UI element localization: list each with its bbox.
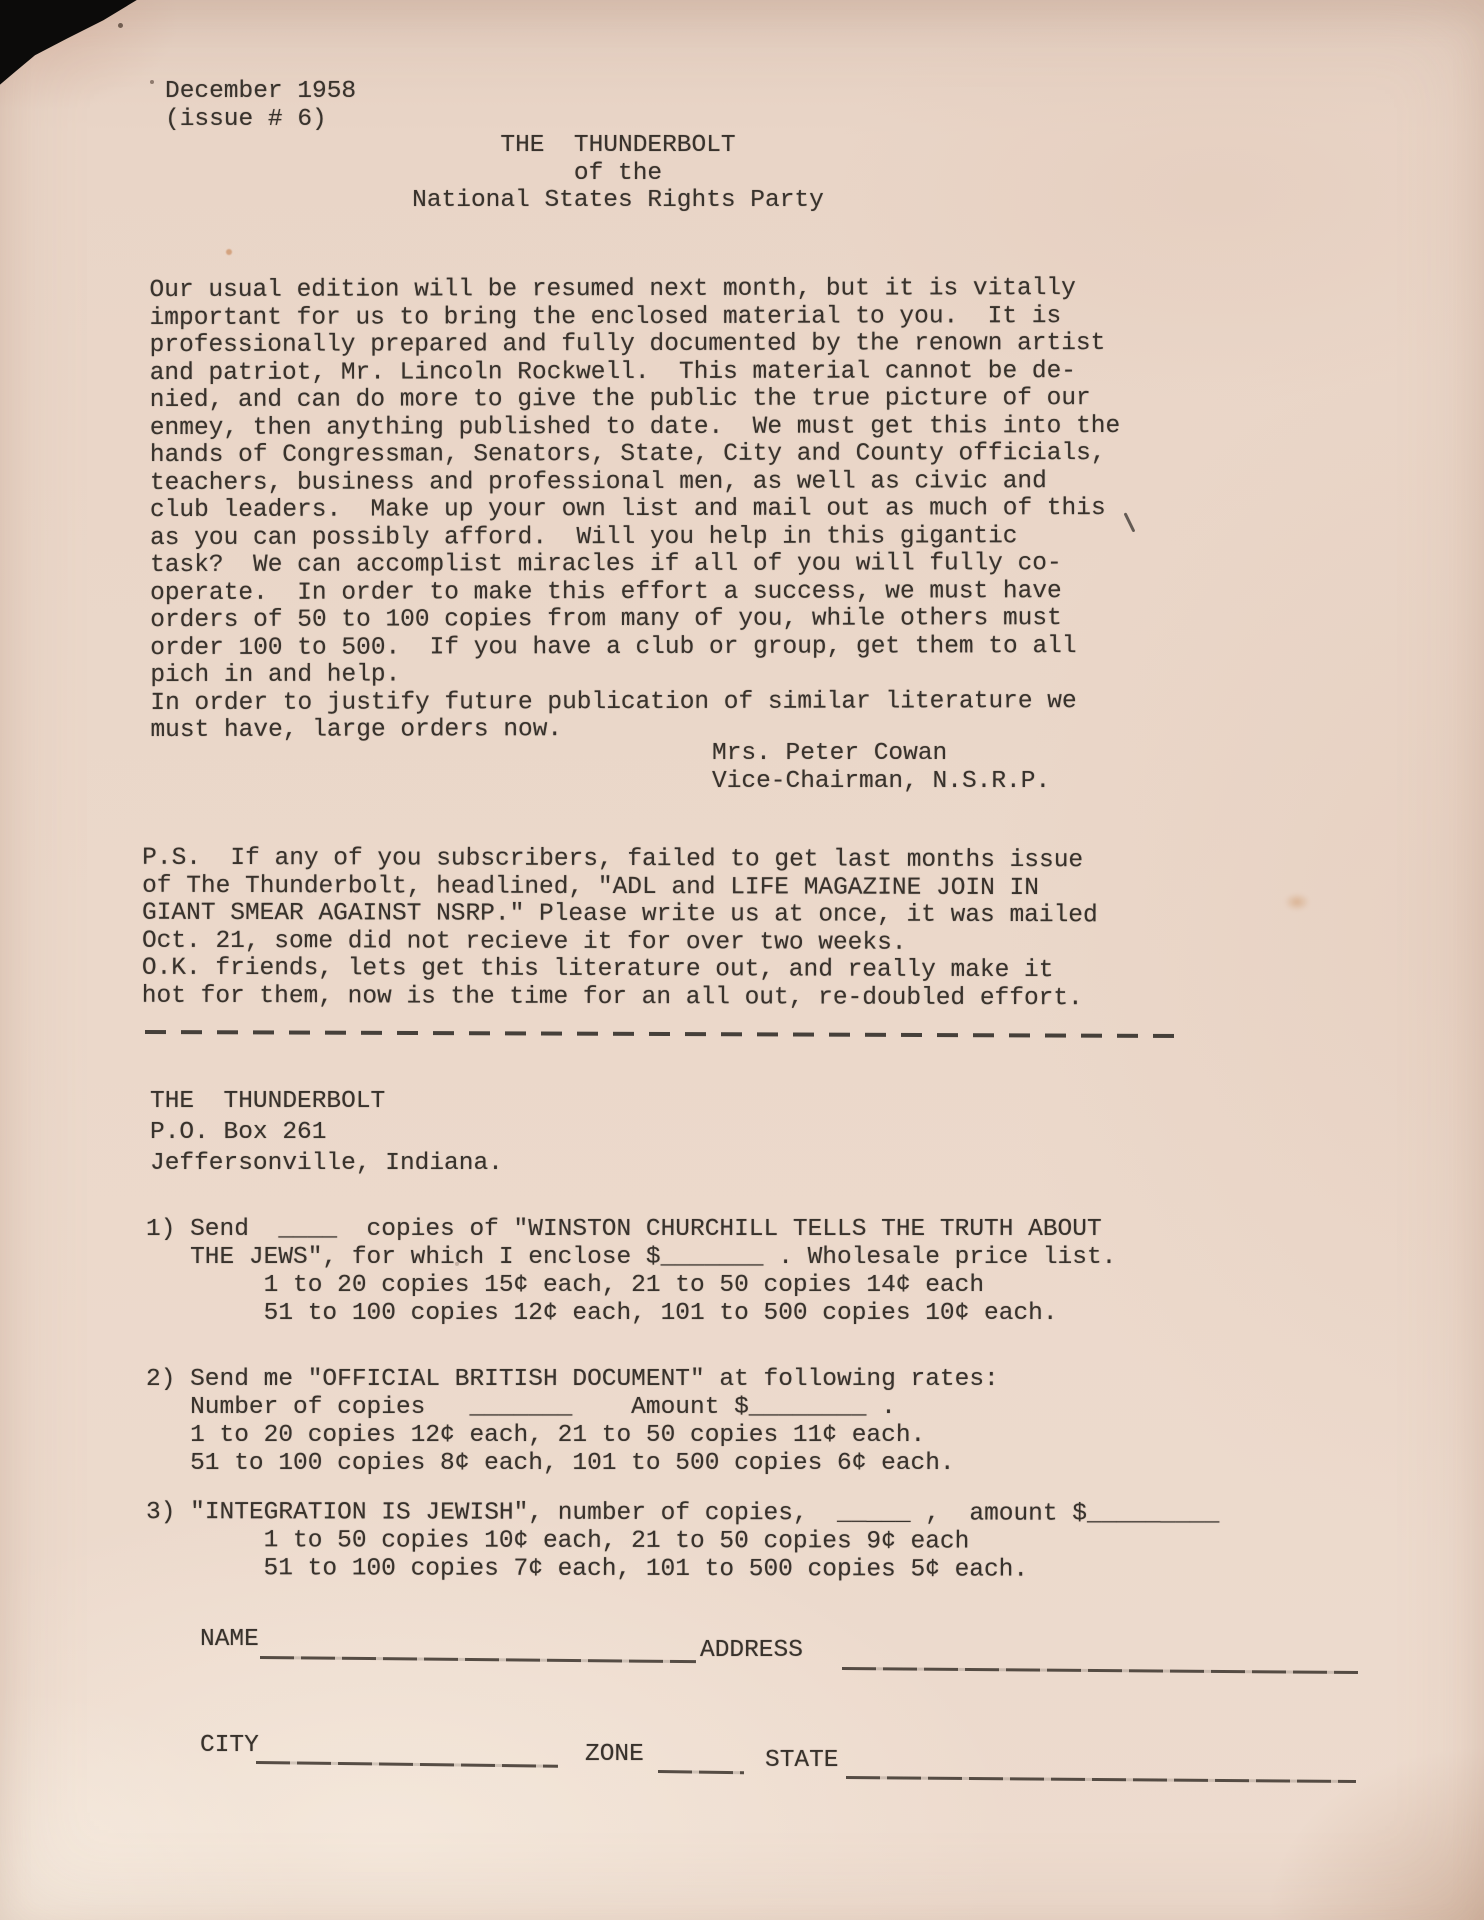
- state-blank-line: [846, 1776, 1356, 1783]
- order-item-1: 1) Send ____ copies of "WINSTON CHURCHIL…: [146, 1216, 1116, 1328]
- paper-stain: [1280, 890, 1314, 914]
- paper-speck: [150, 80, 154, 84]
- masthead-title: THE THUNDERBOLT of the National States R…: [148, 132, 1088, 215]
- scanned-letter-page: December 1958 (issue # 6) THE THUNDERBOL…: [0, 0, 1484, 1920]
- dashed-separator: [145, 1030, 1185, 1037]
- address-blank-line: [842, 1667, 1358, 1674]
- name-label: NAME: [200, 1626, 259, 1654]
- order-item-2: 2) Send me "OFFICIAL BRITISH DOCUMENT" a…: [146, 1366, 999, 1478]
- zone-blank-line: [658, 1770, 744, 1774]
- return-address: THE THUNDERBOLT P.O. Box 261 Jeffersonvi…: [150, 1086, 503, 1179]
- body-text: Our usual edition will be resumed next m…: [150, 275, 1121, 745]
- state-label: STATE: [765, 1747, 839, 1775]
- zone-label: ZONE: [585, 1741, 644, 1769]
- address-label: ADDRESS: [700, 1637, 803, 1665]
- paper-speck: [226, 249, 232, 255]
- city-label: CITY: [200, 1732, 259, 1760]
- signature-block: Mrs. Peter Cowan Vice-Chairman, N.S.R.P.: [712, 740, 1050, 795]
- postscript-text: P.S. If any of you subscribers, failed t…: [142, 845, 1098, 1013]
- order-item-3: 3) "INTEGRATION IS JEWISH", number of co…: [146, 1499, 1219, 1585]
- issue-date: December 1958 (issue # 6): [165, 78, 356, 133]
- name-blank-line: [260, 1656, 696, 1663]
- pen-mark: [1124, 513, 1135, 533]
- paper-speck: [455, 1262, 459, 1266]
- city-blank-line: [256, 1761, 558, 1768]
- paper-speck: [118, 23, 123, 28]
